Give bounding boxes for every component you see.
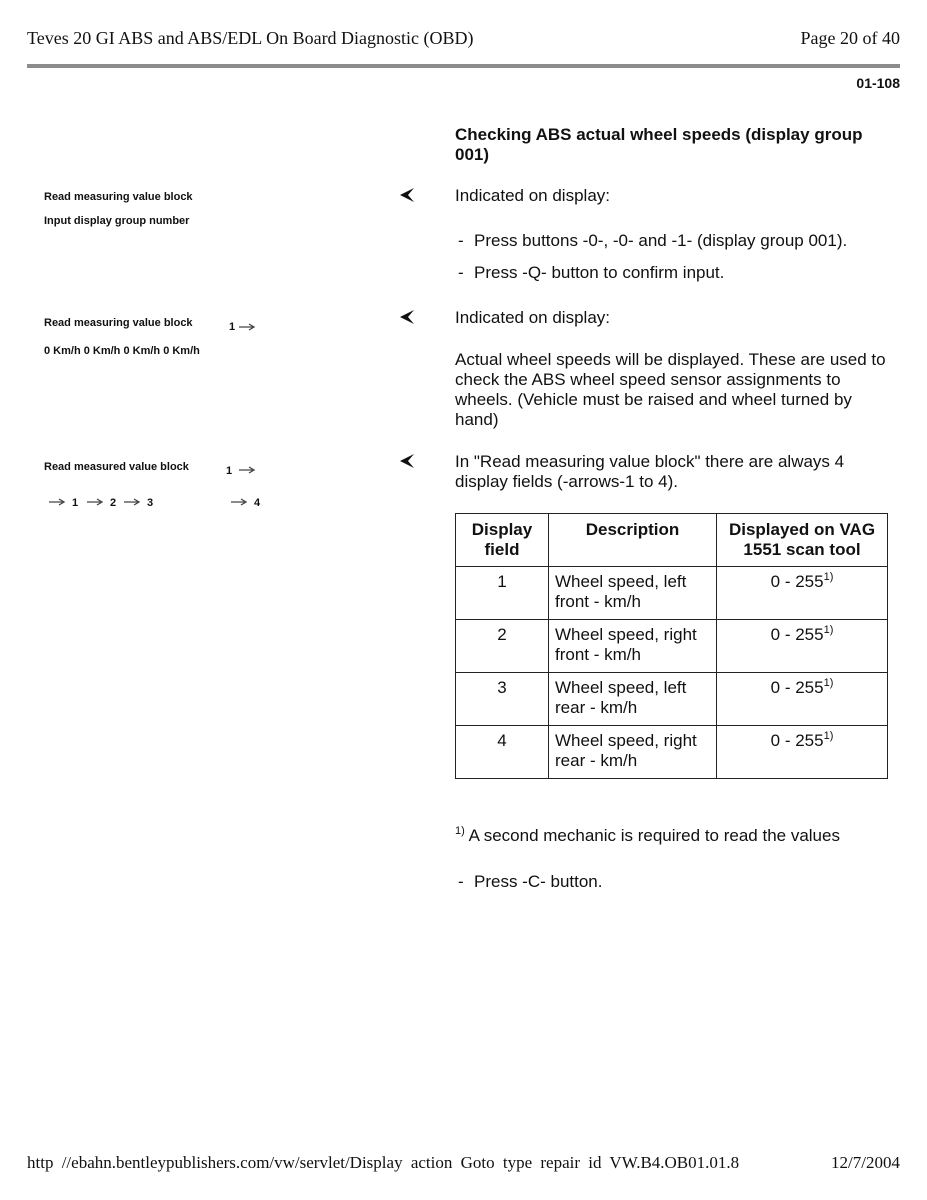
value-cell: 0 - 2551) [717,620,888,673]
arrow-right-icon [238,318,256,326]
display-pointer-icon [398,453,416,469]
indicated-label: Indicated on display: [455,186,895,206]
header-divider [27,64,900,68]
table-row: 1 Wheel speed, left front - km/h 0 - 255… [456,567,888,620]
footnote-text: A second mechanic is required to read th… [469,826,840,845]
arrow-right-icon [48,493,66,501]
value-text: 0 - 255 [771,625,824,644]
description-cell: Wheel speed, right front - km/h [549,620,717,673]
table-header-row: Display field Description Displayed on V… [456,514,888,567]
arrow-right-icon [86,493,104,501]
step-text: Press buttons -0-, -0- and -1- (display … [474,231,847,250]
display-line-1: Read measured value block [44,461,189,473]
display-pointer-icon [398,187,416,203]
value-text: 0 - 255 [771,731,824,750]
arrow-field-label: 2 [110,497,116,509]
page-footer: http //ebahn.bentleypublishers.com/vw/se… [27,1153,900,1173]
display-field-table: Display field Description Displayed on V… [455,513,888,779]
document-title: Teves 20 GI ABS and ABS/EDL On Board Dia… [27,28,474,49]
footnote-ref: 1) [824,677,834,689]
field-cell: 3 [456,673,549,726]
value-cell: 0 - 2551) [717,726,888,779]
field-number: 1 [229,321,235,333]
footnote-ref: 1) [824,624,834,636]
page-indicator: Page 20 of 40 [801,28,900,49]
arrow-field-label: 1 [72,497,78,509]
footnote: 1) A second mechanic is required to read… [455,826,895,846]
footnote-ref: 1) [824,730,834,742]
field-cell: 2 [456,620,549,673]
value-cell: 0 - 2551) [717,567,888,620]
description-paragraph: Actual wheel speeds will be displayed. T… [455,350,890,430]
step-item: -Press buttons -0-, -0- and -1- (display… [458,231,847,251]
field-number: 1 [226,465,232,477]
arrow-right-icon [230,493,248,501]
display-line-2: 0 Km/h 0 Km/h 0 Km/h 0 Km/h [44,345,200,357]
source-url: http //ebahn.bentleypublishers.com/vw/se… [27,1153,739,1173]
table-row: 3 Wheel speed, left rear - km/h 0 - 2551… [456,673,888,726]
table-row: 2 Wheel speed, right front - km/h 0 - 25… [456,620,888,673]
description-cell: Wheel speed, left front - km/h [549,567,717,620]
display-pointer-icon [398,309,416,325]
display-line-1: Read measuring value block [44,317,193,329]
arrow-field-label: 4 [254,497,260,509]
print-date: 12/7/2004 [831,1153,900,1173]
field-cell: 1 [456,567,549,620]
step-item: -Press -C- button. [458,872,603,892]
arrow-right-icon [238,461,256,469]
indicated-label: Indicated on display: [455,308,895,328]
step-item: -Press -Q- button to confirm input. [458,263,724,283]
document-code: 01-108 [856,75,900,91]
footnote-ref: 1) [824,571,834,583]
value-cell: 0 - 2551) [717,673,888,726]
display-line-1: Read measuring value block [44,191,193,203]
value-text: 0 - 255 [771,572,824,591]
column-header: Displayed on VAG 1551 scan tool [717,514,888,567]
description-cell: Wheel speed, left rear - km/h [549,673,717,726]
footnote-mark: 1) [455,825,465,837]
arrow-right-icon [123,493,141,501]
table-row: 4 Wheel speed, right rear - km/h 0 - 255… [456,726,888,779]
column-header: Description [549,514,717,567]
display-line-2: Input display group number [44,215,189,227]
description-paragraph: In "Read measuring value block" there ar… [455,452,890,492]
section-heading: Checking ABS actual wheel speeds (displa… [455,125,895,165]
step-text: Press -C- button. [474,872,603,891]
arrow-field-label: 3 [147,497,153,509]
column-header: Display field [456,514,549,567]
field-cell: 4 [456,726,549,779]
description-cell: Wheel speed, right rear - km/h [549,726,717,779]
value-text: 0 - 255 [771,678,824,697]
step-text: Press -Q- button to confirm input. [474,263,724,282]
